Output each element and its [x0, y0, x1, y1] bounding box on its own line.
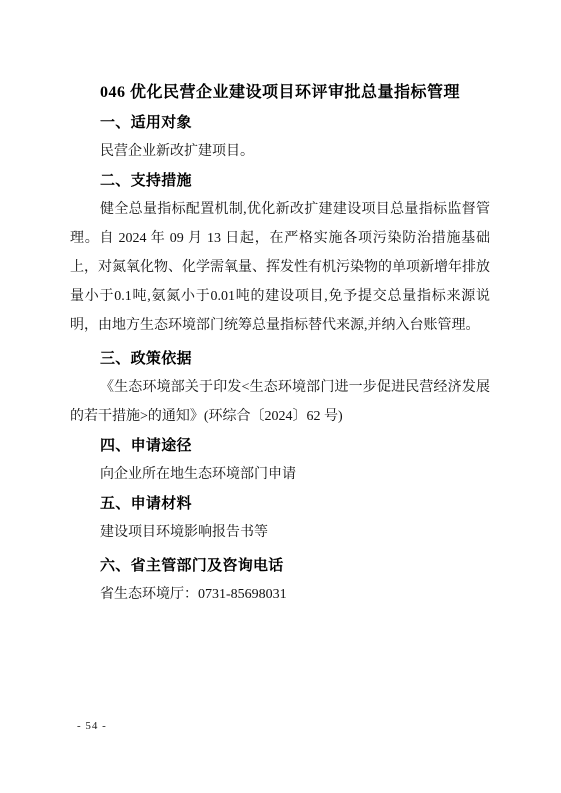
section-body: 健全总量指标配置机制,优化新改扩建建设项目总量指标监督管理。自 2024 年 0…	[70, 195, 490, 340]
section-heading: 六、省主管部门及咨询电话	[70, 551, 490, 580]
section-body: 向企业所在地生态环境部门申请	[70, 460, 490, 489]
section-heading: 二、支持措施	[70, 166, 490, 195]
page-number: - 54 -	[77, 719, 107, 733]
section-4: 四、申请途径向企业所在地生态环境部门申请	[70, 431, 490, 489]
section-heading: 四、申请途径	[70, 431, 490, 460]
section-heading: 三、政策依据	[70, 344, 490, 373]
section-body: 建设项目环境影响报告书等	[70, 518, 490, 547]
section-heading: 五、申请材料	[70, 489, 490, 518]
section-1: 一、适用对象民营企业新改扩建项目。	[70, 108, 490, 166]
document-page: 046 优化民营企业建设项目环评审批总量指标管理 一、适用对象民营企业新改扩建项…	[0, 0, 561, 793]
section-2: 二、支持措施健全总量指标配置机制,优化新改扩建建设项目总量指标监督管理。自 20…	[70, 166, 490, 340]
section-body: 省生态环境厅：0731-85698031	[70, 580, 490, 609]
section-heading: 一、适用对象	[70, 108, 490, 137]
sections-container: 一、适用对象民营企业新改扩建项目。二、支持措施健全总量指标配置机制,优化新改扩建…	[70, 108, 490, 609]
section-6: 六、省主管部门及咨询电话省生态环境厅：0731-85698031	[70, 551, 490, 609]
section-body: 《生态环境部关于印发<生态环境部门进一步促进民营经济发展的若干措施>的通知》(环…	[70, 373, 490, 431]
section-5: 五、申请材料建设项目环境影响报告书等	[70, 489, 490, 547]
section-body: 民营企业新改扩建项目。	[70, 137, 490, 166]
page-title: 046 优化民营企业建设项目环评审批总量指标管理	[70, 78, 490, 108]
section-3: 三、政策依据《生态环境部关于印发<生态环境部门进一步促进民营经济发展的若干措施>…	[70, 344, 490, 431]
document-content: 046 优化民营企业建设项目环评审批总量指标管理 一、适用对象民营企业新改扩建项…	[70, 78, 490, 609]
